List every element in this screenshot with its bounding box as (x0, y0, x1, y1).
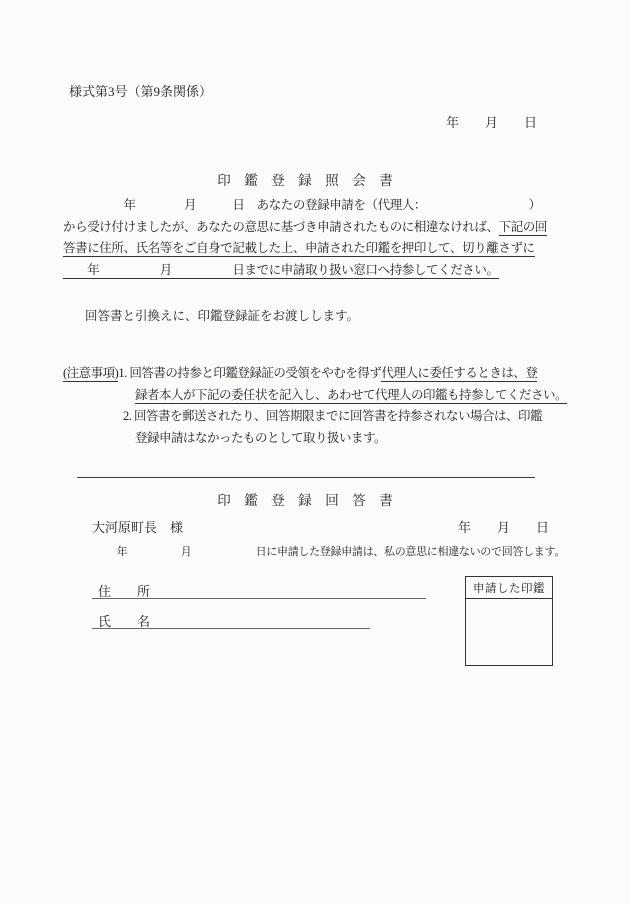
inquiry-line-date-text: 年 月 日 あなたの登録申請を（代理人： ） (63, 198, 541, 212)
name-label: 氏 名 (92, 614, 150, 629)
note-2-line-2-text: 登録申請はなかったものとして取り扱います。 (135, 431, 386, 445)
section-divider (77, 477, 535, 478)
note-1-line-2-underlined: 録者本人が下記の委任状を記入し、あわせて代理人の印鑑も持参してください。 (135, 388, 567, 404)
note-2-line-1: 2. 回答書を郵送されたり、回答期限までに回答書を持参されない場合は、印鑑 (123, 406, 553, 428)
note-2-number: 2. (123, 409, 134, 423)
note-1-line-1: (注意事項)1. 回答書の持参と印鑑登録証の受領をやむを得ず代理人に委任するとき… (63, 363, 553, 385)
notes-heading: (注意事項) (63, 366, 118, 382)
inquiry-line-2-text: から受け付けましたが、あなたの意思に基づき申請されたものに相違なければ、 (63, 220, 499, 234)
note-1-underlined: 代理人に委任するときは、登 (381, 366, 537, 382)
inquiry-body: 年 月 日 あなたの登録申請を（代理人： ） から受け付けましたが、あなたの意思… (63, 195, 551, 282)
inquiry-line-3-underlined: 答書に住所、氏名等をご自身で記載した上、申請された印鑑を押印して、切り離さずに (63, 241, 535, 257)
name-field: 氏 名 (92, 611, 370, 629)
stamp-area (466, 599, 552, 663)
address-label: 住 所 (92, 584, 150, 599)
answer-date-blanks: 年 月 日 (458, 517, 549, 536)
inquiry-title: 印 鑑 登 録 照 会 書 (63, 169, 547, 189)
inquiry-line-2-underlined: 下記の回 (499, 220, 547, 236)
inquiry-line-date: 年 月 日 あなたの登録申請を（代理人： ） (63, 195, 551, 217)
note-1-number: 1. (118, 366, 129, 380)
inquiry-line-deadline: 年 月 日までに申請取り扱い窓口へ持参してください。 (63, 260, 551, 282)
document-page: 様式第3号（第9条関係） 年 月 日 印 鑑 登 録 照 会 書 年 月 日 あ… (0, 0, 630, 903)
note-2-text: 回答書を郵送されたり、回答期限までに回答書を持参されない場合は、印鑑 (134, 409, 542, 423)
inquiry-line-deadline-underlined: 年 月 日までに申請取り扱い窓口へ持参してください。 (63, 263, 499, 279)
addressee: 大河原町長 様 (92, 520, 183, 535)
inquiry-line-3: 答書に住所、氏名等をご自身で記載した上、申請された印鑑を押印して、切り離さずに (63, 238, 551, 260)
answer-title: 印 鑑 登 録 回 答 書 (63, 489, 547, 509)
note-1-line-2: 録者本人が下記の委任状を記入し、あわせて代理人の印鑑も持参してください。 (135, 385, 553, 407)
note-2-line-2: 登録申請はなかったものとして取り扱います。 (135, 428, 553, 450)
answer-statement: 年 月 日に申請した登録申請は、私の意思に相違ないので回答します。 (63, 543, 565, 559)
note-1-text: 回答書の持参と印鑑登録証の受領をやむを得ず (129, 366, 381, 380)
address-field: 住 所 (92, 581, 426, 599)
stamp-box: 申請した印鑑 (465, 576, 553, 666)
stamp-box-title: 申請した印鑑 (466, 577, 552, 599)
inquiry-line-2: から受け付けましたが、あなたの意思に基づき申請されたものに相違なければ、下記の回 (63, 217, 551, 239)
addressee-row: 大河原町長 様 年 月 日 (63, 517, 549, 535)
notes-section: (注意事項)1. 回答書の持参と印鑑登録証の受領をやむを得ず代理人に委任するとき… (63, 363, 553, 449)
exchange-note: 回答書と引換えに、印鑑登録証をお渡しします。 (85, 306, 359, 324)
form-number: 様式第3号（第9条関係） (69, 81, 212, 100)
issue-date-blanks: 年 月 日 (446, 112, 537, 131)
